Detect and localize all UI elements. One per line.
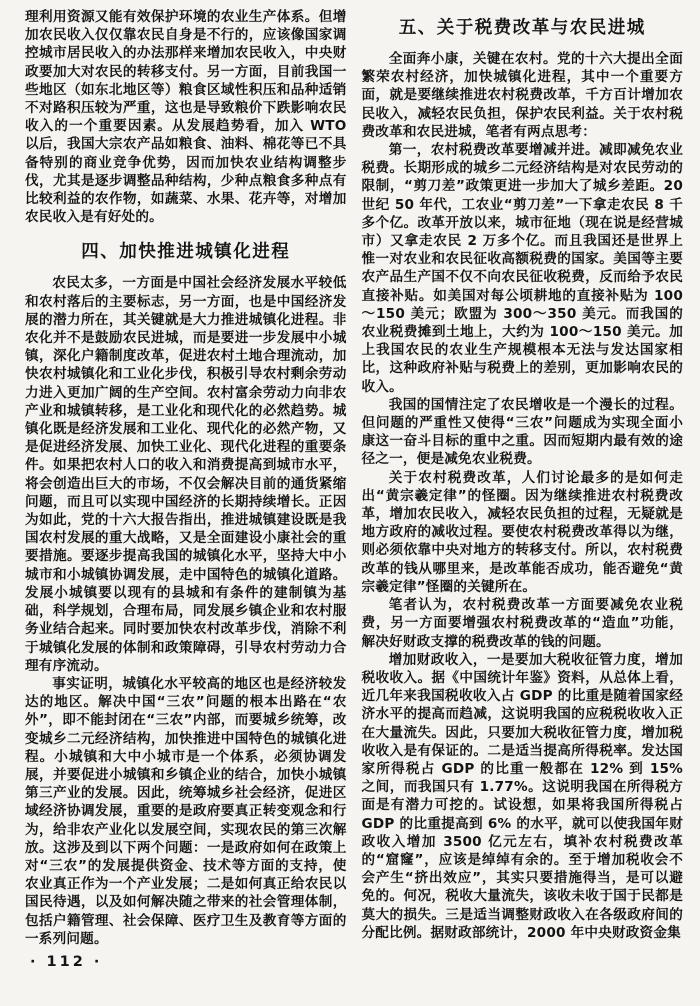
- document-page: 理利用资源又能有效保护环境的农业生产体系。但增加农民收入仅仅靠农民自身是不行的，…: [0, 0, 700, 1006]
- paragraph: 农民太多，一方面是中国社会经济发展水平较低和农村落后的主要标志，另一方面，也是中…: [25, 274, 347, 674]
- section-heading-4: 四、加快推进城镇化进程: [25, 238, 347, 263]
- paragraph: 笔者认为，农村税费改革一方面要减免农业税费，另一方面要增强农村税费改革的“造血”…: [362, 596, 684, 651]
- paragraph: 增加财政收入，一是要加大税收征管力度，增加税收收入。据《中国统计年鉴》资料，从总…: [362, 651, 684, 942]
- section-heading-5: 五、关于税费改革与农民进城: [362, 14, 684, 39]
- paragraph: 我国的国情注定了农民增收是一个漫长的过程。但问题的严重性又使得“三农”问题成为实…: [362, 396, 684, 469]
- right-column: 五、关于税费改革与农民进城 全面奔小康，关键在农村。党的十六大提出全面繁荣农村经…: [362, 8, 684, 996]
- paragraph-continuation: 理利用资源又能有效保护环境的农业生产体系。但增加农民收入仅仅靠农民自身是不行的，…: [25, 8, 347, 226]
- paragraph: 关于农村税费改革，人们讨论最多的是如何走出“黄宗羲定律”的怪圈。因为继续推进农村…: [362, 469, 684, 596]
- paragraph: 第一，农村税费改革要增减并进。减即减免农业税费。长期形成的城乡二元经济结构是对农…: [362, 141, 684, 396]
- paragraph: 事实证明，城镇化水平较高的地区也是经济较发达的地区。解决中国“三农”问题的根本出…: [25, 675, 347, 948]
- page-number: · 112 ·: [30, 954, 102, 970]
- two-column-layout: 理利用资源又能有效保护环境的农业生产体系。但增加农民收入仅仅靠农民自身是不行的，…: [25, 8, 683, 996]
- left-column: 理利用资源又能有效保护环境的农业生产体系。但增加农民收入仅仅靠农民自身是不行的，…: [25, 8, 347, 996]
- paragraph: 全面奔小康，关键在农村。党的十六大提出全面繁荣农村经济，加快城镇化进程，其中一个…: [362, 50, 684, 141]
